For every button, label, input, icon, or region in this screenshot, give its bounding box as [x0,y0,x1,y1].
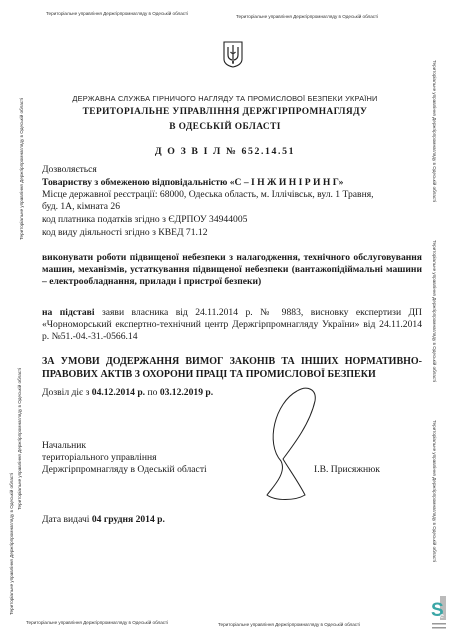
permitted-label: Дозволяється [42,164,97,176]
handwritten-signature [255,383,355,503]
compliance-condition: ЗА УМОВИ ДОДЕРЖАННЯ ВИМОГ ЗАКОНІВ ТА ІНШ… [42,356,422,381]
permit-title: Д О З В І Л № 652.14.51 [0,146,450,157]
issue-label: Дата видачі [42,514,92,525]
work-scope: виконувати роботи підвищеної небезпеки з… [42,252,422,289]
region-name: В ОДЕСЬКІЙ ОБЛАСТІ [0,122,450,132]
signer-position-1: Начальник [42,440,86,452]
watermark-top-right: Територіальне управління Держгірпромнагл… [236,14,378,19]
validity-period: Дозвіл діє з 04.12.2014 р. по 03.12.2019… [42,387,213,399]
watermark-right-2: Територіальне управління Держгірпромнагл… [432,240,437,382]
registration-line-1: Місце державної реєстрації: 68000, Одесь… [42,189,374,201]
validity-prefix: Дозвіл діє з [42,387,92,398]
company-name: «С – І Н Ж И Н І Р И Н Г» [230,177,344,188]
registration-line-2: буд. 1А, кімната 26 [42,201,120,213]
watermark-left-3: Територіальне управління Держгірпромнагл… [9,473,14,615]
watermark-left-2: Територіальне управління Держгірпромнагл… [17,368,22,510]
watermark-top-left: Територіальне управління Держгірпромнагл… [46,11,188,16]
watermark-right-3: Територіальне управління Держгірпромнагл… [432,420,437,562]
se-logo-icon: S e [431,596,447,632]
watermark-left-1: Територіальне управління Держгірпромнагл… [19,98,24,240]
activity-code: код виду діяльності згідно з КВЕД 71.12 [42,227,208,239]
basis-label: на підставі [42,307,95,318]
basis-paragraph: на підставі заяви власника від 24.11.201… [42,307,422,344]
trident-coat-of-arms-icon [223,41,243,68]
issue-date: 04 грудня 2014 р. [92,514,165,525]
company-prefix: Товариству з обмеженою відповідальністю [42,177,230,188]
agency-name: ДЕРЖАВНА СЛУЖБА ГІРНИЧОГО НАГЛЯДУ ТА ПРО… [0,94,450,103]
watermark-bottom-left: Територіальне управління Держгірпромнагл… [26,620,168,625]
department-name: ТЕРИТОРІАЛЬНЕ УПРАВЛІННЯ ДЕРЖГІРПРОМНАГЛ… [0,107,450,117]
signer-position-3: Держгірпромнагляду в Одеській області [42,464,207,476]
svg-text:e: e [440,613,444,620]
basis-text: заяви власника від 24.11.2014 р. № 9883,… [42,307,422,342]
validity-mid: по [145,387,160,398]
watermark-bottom-right: Територіальне управління Держгірпромнагл… [218,622,360,627]
valid-to: 03.12.2019 р. [160,387,213,398]
company-line: Товариству з обмеженою відповідальністю … [42,177,343,189]
signer-position-2: територіального управління [42,452,157,464]
issue-date-line: Дата видачі 04 грудня 2014 р. [42,514,165,526]
tax-code: код платника податків згідно з ЄДРПОУ 34… [42,214,247,226]
valid-from: 04.12.2014 р. [92,387,145,398]
